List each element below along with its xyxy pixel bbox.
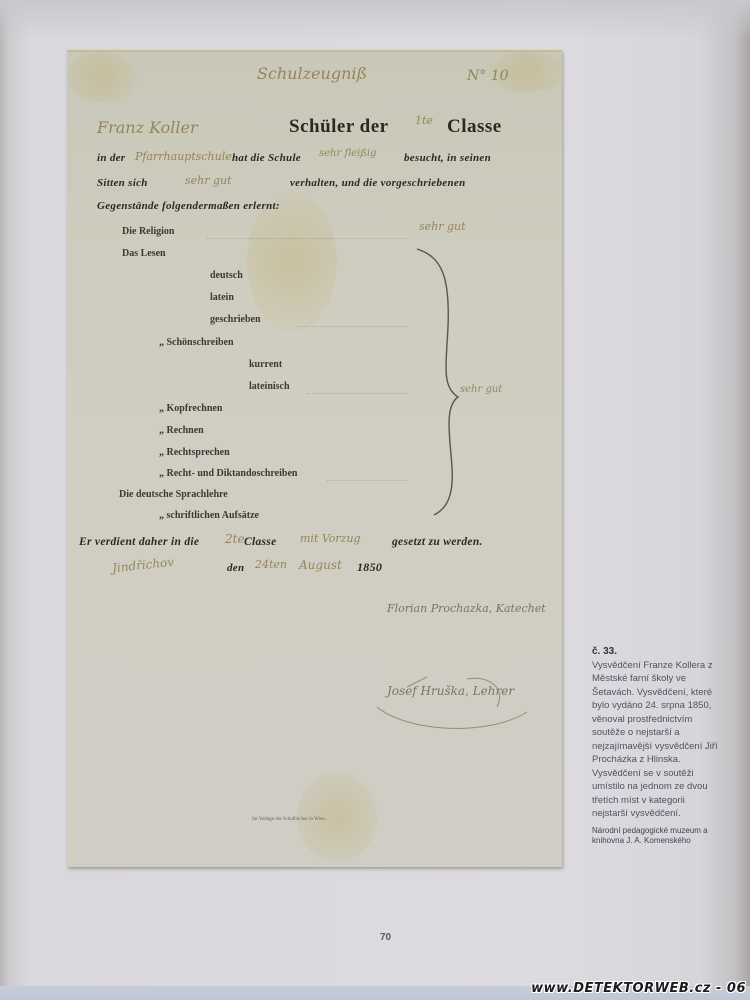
promotion-suffix: gesetzt zu werden.	[392, 536, 483, 548]
page-shadow	[0, 0, 750, 40]
date-place: Jindřichov	[111, 555, 174, 575]
signature-katechet: Florian Prochazka, Katechet	[387, 602, 546, 615]
dotted-line	[327, 480, 407, 481]
school-certificate: Schulzeugniß N° 10 Franz Koller Schüler …	[67, 50, 562, 867]
printer-imprint: Im Verlage der Schulbücher in Wien.	[252, 817, 326, 822]
subject-kopfrechnen: „ Kopfrechnen	[159, 403, 222, 414]
title-classe: Classe	[447, 116, 502, 138]
subject-lesen: Das Lesen	[122, 248, 166, 259]
promotion-qualifier: mit Vorzug	[300, 532, 361, 545]
promotion-prefix: Er verdient daher in die	[79, 536, 199, 548]
line2-prefix: in der	[97, 152, 125, 164]
figure-caption: č. 33. Vysvědčení Franze Kollera z Městs…	[592, 645, 722, 846]
student-name: Franz Koller	[97, 118, 198, 137]
line2-suffix: besucht, in seinen	[404, 152, 491, 164]
subject-sprachlehre: Die deutsche Sprachlehre	[119, 489, 228, 500]
attendance-handwritten: sehr fleißig	[319, 148, 377, 159]
subject-aufsaetze: „ schriftlichen Aufsätze	[159, 510, 259, 521]
date-month: August	[299, 558, 342, 572]
caption-number: č. 33.	[592, 645, 722, 659]
dotted-line	[307, 393, 407, 394]
subject-rechnen: „ Rechnen	[159, 425, 204, 436]
paper-stain	[247, 192, 337, 332]
subject-religion: Die Religion	[122, 226, 175, 237]
date-prefix: den	[227, 562, 244, 574]
subject-diktando: „ Recht- und Diktandoschreiben	[159, 468, 297, 479]
curly-brace-icon	[412, 247, 472, 517]
subject-latein: latein	[210, 292, 234, 303]
page-number: 70	[380, 932, 391, 943]
signature-flourish-icon	[367, 667, 537, 737]
subject-rechtsprechen: „ Rechtsprechen	[159, 447, 230, 458]
title-schueler-der: Schüler der	[289, 116, 389, 138]
dotted-line	[297, 326, 407, 327]
subject-deutsch: deutsch	[210, 270, 243, 281]
date-year: 1850	[357, 560, 382, 575]
class-handwritten: 1te	[415, 114, 433, 127]
dotted-line	[207, 238, 407, 239]
caption-text: Vysvědčení Franze Kollera z Městské farn…	[592, 659, 722, 821]
watermark: www.DETEKTORWEB.cz - 06	[531, 981, 746, 996]
grade-braced: sehr gut	[460, 384, 502, 395]
certificate-number: N° 10	[467, 68, 509, 84]
caption-credit: Národní pedagogické muzeum a knihovna J.…	[592, 826, 722, 846]
grade-religion: sehr gut	[419, 220, 466, 233]
school-handwritten: Pfarrhauptschule	[135, 150, 232, 163]
conduct-handwritten: sehr gut	[185, 174, 232, 187]
line3-suffix: verhalten, und die vorgeschriebenen	[290, 177, 466, 189]
date-day: 24ten	[255, 558, 287, 571]
subject-schoenschreiben: „ Schönschreiben	[159, 337, 234, 348]
subject-lateinisch: lateinisch	[249, 381, 290, 392]
header-handwritten: Schulzeugniß	[257, 64, 367, 83]
paper-stain	[67, 52, 137, 102]
line4: Gegenstände folgendermaßen erlernt:	[97, 200, 280, 212]
line3-prefix: Sitten sich	[97, 177, 148, 189]
promotion-classe: Classe	[244, 536, 276, 548]
subject-kurrent: kurrent	[249, 359, 282, 370]
promotion-class: 2te	[225, 532, 245, 546]
line2-middle: hat die Schule	[232, 152, 301, 164]
subject-geschrieben: geschrieben	[210, 314, 261, 325]
